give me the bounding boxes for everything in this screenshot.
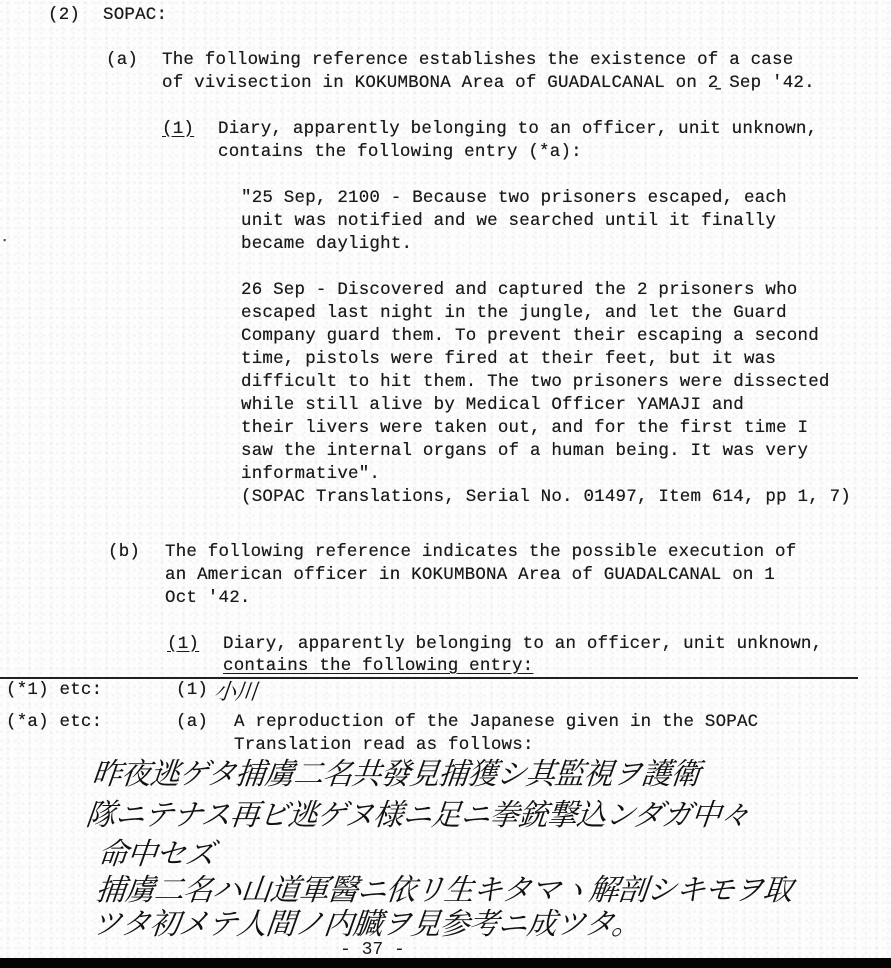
- scan-border: [0, 958, 891, 968]
- para-a-1-line-1: Diary, apparently belonging to an office…: [218, 118, 817, 141]
- footnote-1-label: (1): [176, 679, 208, 702]
- footnote-a-line-1: A reproduction of the Japanese given in …: [234, 711, 758, 734]
- margin-mark: ▪: [2, 236, 12, 246]
- quote-entry-2-line-9: informative".: [241, 463, 380, 486]
- quote-entry-1-line-1: "25 Sep, 2100 - Because two prisoners es…: [241, 187, 787, 210]
- japanese-line-5: ツタ初メテ人間ノ内臓ヲ見参考ニ成ツタ。: [90, 908, 642, 942]
- quote-entry-2-line-6: while still alive by Medical Officer YAM…: [241, 394, 744, 417]
- quote-entry-1-line-3: became daylight.: [241, 233, 412, 256]
- japanese-line-4: 捕虜二名ハ山道軍醫ニ依リ生キタマヽ解剖シキモヲ取: [94, 874, 793, 908]
- quote-entry-1-line-2: unit was notified and we searched until …: [241, 210, 776, 233]
- quote-citation: (SOPAC Translations, Serial No. 01497, I…: [241, 486, 851, 509]
- para-a-line-1: The following reference establishes the …: [162, 49, 793, 72]
- japanese-line-1: 昨夜逃ゲタ捕虜二名共發見捕獲シ其監視ヲ護衛: [90, 758, 701, 792]
- para-b-1-line-1: Diary, apparently belonging to an office…: [223, 633, 822, 656]
- para-a-1-label: (1): [162, 118, 194, 141]
- page-number: - 37 -: [340, 940, 405, 960]
- section-number: (2): [48, 4, 80, 27]
- footnote-a-label: (a): [176, 711, 208, 734]
- para-a-1-line-2: contains the following entry (*a):: [218, 141, 582, 164]
- footnote-1-marker: (*1) etc:: [6, 679, 102, 702]
- para-b-line-1: The following reference indicates the po…: [165, 541, 796, 564]
- para-b-line-2: an American officer in KOKUMBONA Area of…: [165, 564, 775, 587]
- para-a-line-2: of vivisection in KOKUMBONA Area of GUAD…: [162, 72, 815, 95]
- quote-entry-2-line-1: 26 Sep - Discovered and captured the 2 p…: [241, 279, 798, 302]
- quote-entry-2-line-7: their livers were taken out, and for the…: [241, 417, 808, 440]
- para-b-1-line-2: contains the following entry:: [223, 655, 533, 678]
- para-b-1-label: (1): [167, 633, 199, 656]
- japanese-line-3: 命中セズ: [96, 838, 216, 872]
- footnote-a-marker: (*a) etc:: [6, 711, 102, 734]
- section-title: SOPAC:: [103, 4, 167, 27]
- para-a-label: (a): [106, 49, 138, 72]
- quote-entry-2-line-8: saw the internal organs of a human being…: [241, 440, 808, 463]
- document-page: ▪ (2) SOPAC: (a) The following reference…: [0, 0, 891, 968]
- quote-entry-2-line-4: time, pistols were fired at their feet, …: [241, 348, 776, 371]
- quote-entry-2-line-3: Company guard them. To prevent their esc…: [241, 325, 819, 348]
- japanese-line-2: 隊ニテナス再ビ逃ゲヌ様ニ足ニ拳銃撃込ンダガ中々: [84, 799, 751, 833]
- quote-entry-2-line-5: difficult to hit them. The two prisoners…: [241, 371, 830, 394]
- footnote-1-japanese: 小川: [212, 676, 258, 710]
- para-b-label: (b): [108, 541, 140, 564]
- para-b-line-3: Oct '42.: [165, 587, 251, 610]
- footnote-separator: [0, 677, 858, 679]
- quote-entry-2-line-2: escaped last night in the jungle, and le…: [241, 302, 787, 325]
- footnote-a-line-2: Translation read as follows:: [234, 734, 534, 757]
